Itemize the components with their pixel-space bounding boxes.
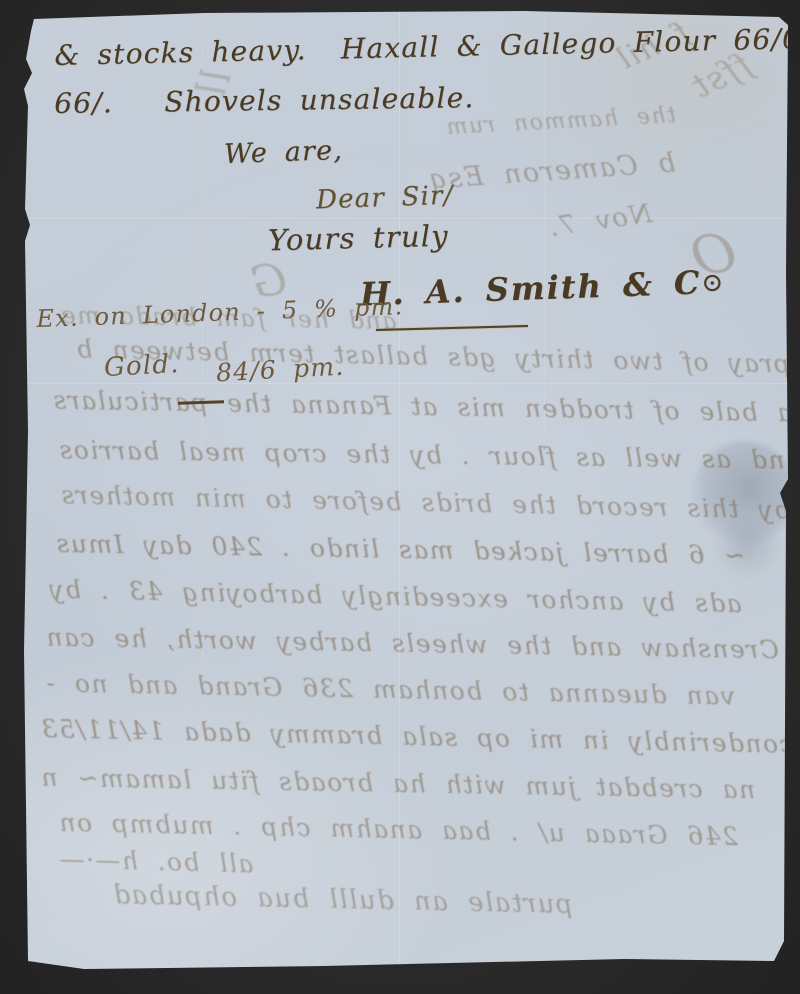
- letter-closing-we-are: We are,: [223, 135, 343, 170]
- signature: H. A. Smith & C⊙: [359, 263, 725, 314]
- bleedthrough-line: 246 Graaa u/ . baa anahm chp . mubmp on: [58, 808, 739, 851]
- bleedthrough-line: all bo. h—·—: [58, 844, 254, 878]
- bleedthrough-line: ~ 6 barrel jacked mas lindo . 240 day Im…: [55, 529, 746, 570]
- bleedthrough-line: purtale an dulll bua ohpubad: [112, 880, 573, 920]
- fold-crease-vertical-center: [399, 11, 401, 977]
- bleedthrough-line: pray of two thirty gds ballast term betw…: [75, 335, 791, 379]
- signature-flourish-circle: ⊙: [701, 268, 726, 299]
- signature-name: H. A. Smith & C: [359, 263, 702, 313]
- bleedthrough-line: a bale of trodden mis at Fanana the part…: [52, 386, 793, 428]
- letter-paper: and her fam brado mepray of two thirty g…: [24, 11, 788, 977]
- bleedthrough-fragment: the hammon rum: [445, 103, 677, 140]
- bleedthrough-line: van dueanna to bonham 236 Grand and no -: [45, 668, 735, 710]
- letter-line-market-report: & stocks heavy. Haxall & Gallego Flour 6…: [54, 22, 800, 72]
- exchange-rate-line: Ex. on London - 5 % pm.: [36, 292, 404, 333]
- fold-crease-vertical-left: [202, 11, 204, 977]
- letter-closing-dear-sir: Dear Sir/: [316, 181, 455, 216]
- gold-quote-value: 84/6 pm.: [215, 352, 345, 388]
- scan-background: and her fam brado mepray of two thirty g…: [0, 0, 800, 994]
- bleedthrough-line: by this record the brids before to min m…: [60, 480, 791, 524]
- fold-crease-vertical-right: [544, 11, 546, 431]
- paper-stain-small: [712, 516, 782, 578]
- letter-line-shovels: 66/. Shovels unsaleable.: [54, 81, 475, 120]
- fold-crease-horizontal-lower: [24, 383, 788, 385]
- letter-closing-yours-truly: Yours truly: [268, 219, 450, 258]
- gold-rule: [178, 400, 224, 404]
- bleedthrough-line: it stand as well as flour . by the crop …: [58, 435, 800, 475]
- bleedthrough-line: na crebdat jum with ha broads fitu lamam…: [40, 763, 756, 804]
- bleedthrough-line: conderinbly in mi op sala brammy dada 14…: [40, 714, 794, 759]
- bleedthrough-fragment: b Cameron Esq: [427, 147, 676, 195]
- bleedthrough-line: ads by anchor exceedingly barboying 43 .…: [48, 575, 742, 619]
- rule-after-exchange: [376, 325, 528, 331]
- gold-label: Gold.: [103, 349, 180, 383]
- bleedthrough-line: Crenshaw and the wheels barbey worth, he…: [45, 623, 779, 665]
- bleedthrough-fragment: Nov 7.: [546, 199, 653, 243]
